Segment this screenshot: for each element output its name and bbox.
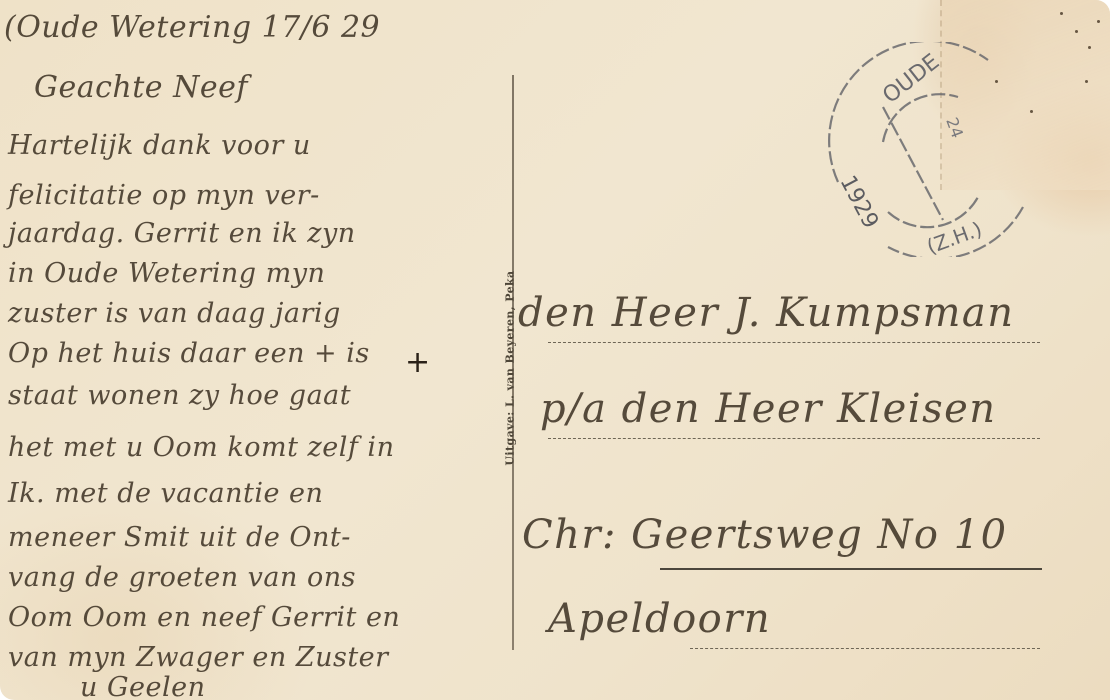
address-rule-2 bbox=[548, 438, 1040, 439]
address-rule-3 bbox=[660, 568, 1042, 570]
postcard-back: OUDE 24 1929 (Z.H.) Uitgave: L. van Beye… bbox=[0, 0, 1110, 700]
message-line: Ik. met de vacantie en bbox=[8, 478, 323, 509]
message-line: Geachte Neef bbox=[34, 70, 248, 105]
address-line-street: Chr: Geertsweg No 10 bbox=[522, 512, 1008, 558]
message-line: felicitatie op myn ver- bbox=[8, 180, 320, 211]
postmark-icon: OUDE 24 1929 (Z.H.) bbox=[828, 42, 1043, 257]
message-line: vang de groeten van ons bbox=[8, 562, 356, 593]
address-rule-1 bbox=[548, 342, 1040, 343]
message-line: meneer Smit uit de Ont- bbox=[8, 522, 351, 553]
svg-text:24: 24 bbox=[942, 115, 967, 141]
message-line: staat wonen zy hoe gaat bbox=[8, 380, 351, 411]
message-line: Hartelijk dank voor u bbox=[8, 130, 311, 161]
address-rule-4 bbox=[690, 648, 1040, 649]
cross-mark: + bbox=[405, 345, 430, 380]
message-line: het met u Oom komt zelf in bbox=[8, 432, 394, 463]
foxing-spot bbox=[1060, 12, 1063, 15]
message-line: van myn Zwager en Zuster bbox=[8, 642, 389, 673]
foxing-spot bbox=[1088, 46, 1091, 49]
message-line: jaardag. Gerrit en ik zyn bbox=[8, 218, 356, 249]
publisher-imprint: Uitgave: L. van Beyeren, Peka bbox=[504, 270, 517, 465]
message-line: Oom Oom en neef Gerrit en bbox=[8, 602, 400, 633]
svg-text:OUDE: OUDE bbox=[878, 49, 944, 108]
svg-text:1929: 1929 bbox=[835, 172, 883, 233]
message-heading: (Oude Wetering 17/6 29 bbox=[4, 10, 380, 45]
message-line: zuster is van daag jarig bbox=[8, 298, 341, 329]
message-line: in Oude Wetering myn bbox=[8, 258, 325, 289]
message-line: Op het huis daar een + is bbox=[8, 338, 370, 369]
address-line-care-of: p/a den Heer Kleisen bbox=[540, 386, 997, 432]
address-line-recipient: den Heer J. Kumpsman bbox=[518, 290, 1015, 336]
address-line-city: Apeldoorn bbox=[548, 596, 771, 642]
foxing-spot bbox=[1097, 20, 1100, 23]
foxing-spot bbox=[1085, 80, 1088, 83]
message-signature: u Geelen bbox=[80, 672, 206, 700]
foxing-spot bbox=[1075, 30, 1078, 33]
